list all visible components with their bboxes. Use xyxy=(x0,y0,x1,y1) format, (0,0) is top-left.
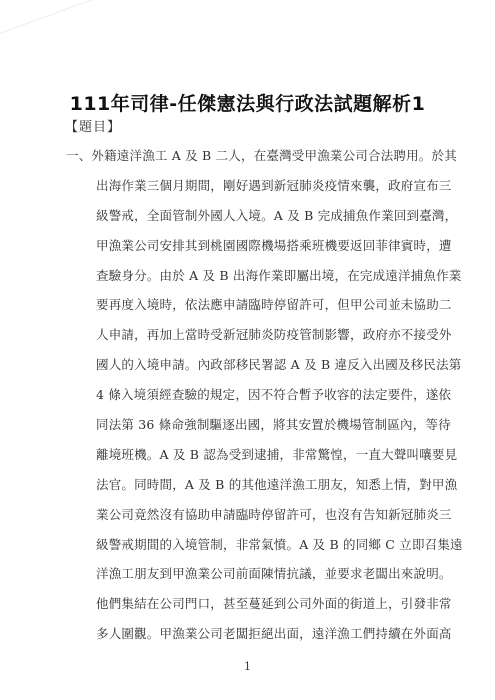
question-line: 出海作業三個月期間，剛好遇到新冠肺炎疫情來襲，政府宣布三 xyxy=(96,171,435,201)
scan-artifact-line xyxy=(0,0,118,36)
question-line: 人申請，再加上當時受新冠肺炎防疫管制影響，政府亦不接受外 xyxy=(96,320,435,350)
question-line: 查驗身分。由於 A 及 B 出海作業即屬出境，在完成遠洋捕魚作業 xyxy=(96,261,435,291)
question-line: 一、外籍遠洋漁工 A 及 B 二人，在臺灣受甲漁業公司合法聘用。於其 xyxy=(96,141,435,171)
question-line: 級警戒，全面管制外國人入境。A 及 B 完成捕魚作業回到臺灣， xyxy=(96,201,435,231)
question-line: 4 條入境須經查驗的規定，因不符合暫予收容的法定要件，遂依 xyxy=(96,380,435,410)
section-label: 【題目】 xyxy=(65,119,121,137)
question-line: 業公司竟然沒有協助申請臨時停留許可，也沒有告知新冠肺炎三 xyxy=(96,500,435,530)
question-line: 他們集結在公司門口，甚至蔓延到公司外面的街道上，引發非常 xyxy=(96,589,435,619)
question-paragraph: 一、外籍遠洋漁工 A 及 B 二人，在臺灣受甲漁業公司合法聘用。於其出海作業三個… xyxy=(96,141,435,649)
document-page: 111年司律-任傑憲法與行政法試題解析1 【題目】 一、外籍遠洋漁工 A 及 B… xyxy=(0,0,495,700)
question-line: 多人圍觀。甲漁業公司老闆拒絕出面，遠洋漁工們持續在外面高 xyxy=(96,619,435,649)
page-number: 1 xyxy=(0,659,495,675)
question-line: 甲漁業公司安排其到桃園國際機場搭乘班機要返回菲律賓時，遭 xyxy=(96,231,435,261)
page-title: 111年司律-任傑憲法與行政法試題解析1 xyxy=(0,91,495,117)
question-line: 國人的入境申請。內政部移民署認 A 及 B 違反入出國及移民法第 xyxy=(96,350,435,380)
question-line: 洋漁工朋友到甲漁業公司前面陳情抗議，並要求老闆出來說明。 xyxy=(96,559,435,589)
question-line: 離境班機。A 及 B 認為受到逮捕，非常驚惶，一直大聲叫嚷要見 xyxy=(96,440,435,470)
question-line: 同法第 36 條命強制驅逐出國，將其安置於機場管制區內，等待 xyxy=(96,410,435,440)
question-line: 級警戒期間的入境管制，非常氣憤。A 及 B 的同鄉 C 立即召集遠 xyxy=(96,530,435,560)
question-line: 法官。同時間，A 及 B 的其他遠洋漁工朋友，知悉上情，對甲漁 xyxy=(96,470,435,500)
question-line: 要再度入境時，依法應申請臨時停留許可，但甲公司並未協助二 xyxy=(96,290,435,320)
